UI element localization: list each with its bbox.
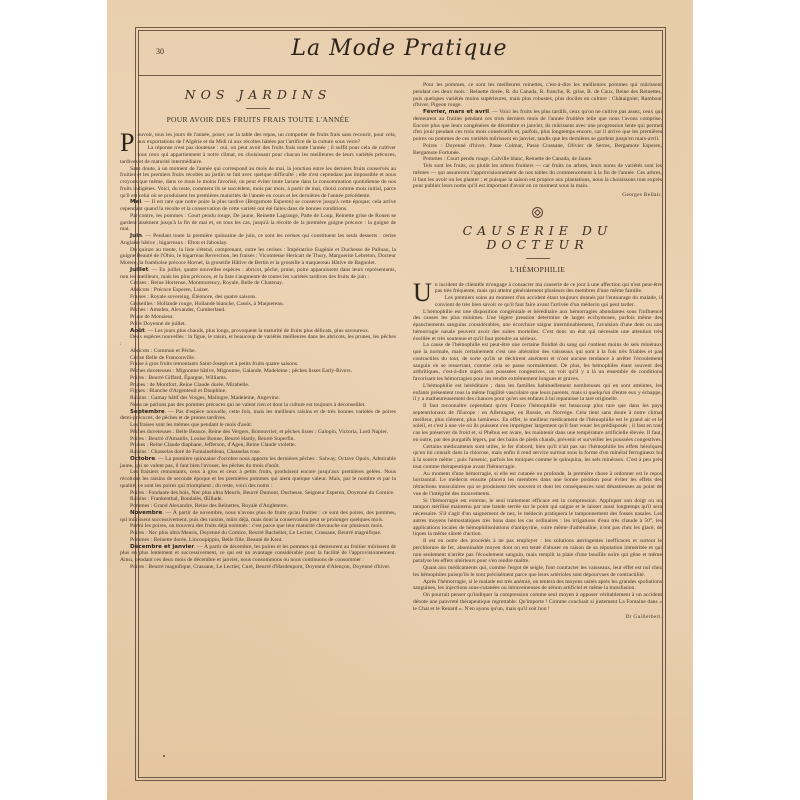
list-item: Poires : Nec plus ultra Meuris, Doyenné … bbox=[120, 530, 396, 537]
intro-paragraph: Pouvoir, tous les jours de l'année, pose… bbox=[120, 132, 396, 146]
list-item: Prunes : Reine Claude diaphane, Jefferso… bbox=[120, 442, 396, 449]
article-subtitle: L'HÉMOPHILIE bbox=[413, 267, 662, 274]
list-item: Cerises : Reine Hortense, Montmorency, R… bbox=[120, 280, 396, 287]
list-item: Pommes : Court pendu rouge, Calville bla… bbox=[413, 156, 662, 163]
list-item: Fraises : Royale sovereing, Éléonore, de… bbox=[120, 294, 396, 301]
paragraph: Par contre, les pommes : Court pendu rou… bbox=[120, 213, 396, 233]
paragraph: Les fraisiers remontants, ceux à gros et… bbox=[120, 469, 396, 489]
paragraph: La réponse n'est pas douteuse : oui, on … bbox=[120, 145, 396, 165]
month-decembre: Décembre et janvier. — À partir de décem… bbox=[120, 544, 396, 564]
paragraph: Tels sont les fruits, ou plutôt les arbr… bbox=[413, 163, 662, 190]
section-title-causerie: CAUSERIE DU DOCTEUR bbox=[413, 224, 662, 252]
title-rule bbox=[246, 108, 270, 109]
list-item: Groseilles : Hollande rouge, Hollande bl… bbox=[120, 301, 396, 308]
paragraph: Il est en outre des procédés à ne pas em… bbox=[413, 538, 662, 565]
signature-guillerbert: Dr Guillerbert. bbox=[413, 614, 662, 621]
section-title-nos-jardins: NOS JARDINS bbox=[120, 88, 396, 102]
month-juin: Juin. — Pendant toute la première quinza… bbox=[120, 233, 396, 247]
signature-bellair: Georges Bellair. bbox=[413, 192, 662, 199]
paragraph: Sans doute, à un moment de l'année qui c… bbox=[120, 166, 396, 200]
paragraph: L'hémophilie est héréditaire ; dans les … bbox=[413, 383, 662, 403]
paragraph: Pour les pommes, ce sont les meilleures … bbox=[413, 82, 662, 109]
list-item: Prunes : de Montfort, Reine Claude dorée… bbox=[120, 382, 396, 389]
list-item: Fraise à gros fruits remontants Saint-Jo… bbox=[120, 361, 396, 368]
article-subtitle: POUR AVOIR DES FRUITS FRAIS TOUTE L'ANNÉ… bbox=[120, 117, 396, 124]
ornament-icon bbox=[532, 207, 543, 218]
list-item: Abricots : Commun et Pêche. bbox=[120, 348, 396, 355]
list-item: Pêches duveteuses : Belle Beauce, Reine … bbox=[120, 429, 396, 436]
paragraph: Au moment d'une hémorragie, si elle est … bbox=[413, 471, 662, 498]
paragraph: Parmi les poires, on trouvera des fruits… bbox=[120, 523, 396, 530]
paragraph: Du quinze au trente, la liste s'étend, c… bbox=[120, 247, 396, 267]
paragraph: Les premiers soins au moment d'un accide… bbox=[413, 295, 662, 309]
title-rule bbox=[526, 258, 550, 259]
paragraph: Si l'hémorragie est externe, le seul tra… bbox=[413, 498, 662, 539]
intro-paragraph: Un incident de clientèle m'engage à cons… bbox=[413, 282, 662, 296]
list-item: Poires : Doyenné d'hiver, Passe Colmar, … bbox=[413, 143, 662, 157]
list-item: Pêches : Amsden, Alexander, Cumberland. bbox=[120, 307, 396, 314]
paragraph: Nous ne parlons pas des pommes précoces … bbox=[120, 402, 396, 409]
month-novembre: Novembre. — À partir de novembre, nous n… bbox=[120, 510, 396, 524]
paragraph: On pourrait penser qu'indiquer la compre… bbox=[413, 592, 662, 612]
left-column: NOS JARDINS POUR AVOIR DES FRUITS FRAIS … bbox=[120, 88, 396, 571]
month-juillet: Juillet. — En juillet, quatre nouvelles … bbox=[120, 267, 396, 281]
paragraph: La cause de l'hémophilie est peut-être u… bbox=[413, 342, 662, 383]
paper-speck bbox=[163, 755, 165, 757]
month-fevrier: Février, mars et avril. — Voici les frui… bbox=[413, 109, 662, 143]
paragraph: Deux espèces nouvelles : la figue, le ra… bbox=[120, 334, 396, 348]
list-item: Pommes : Grand Alexandre, Reine des Rein… bbox=[120, 503, 396, 510]
list-item: Poire Doyenné de juillet. bbox=[120, 321, 396, 328]
paragraph: Quant aux médicaments qui, comme l'ergot… bbox=[413, 565, 662, 579]
list-item: Prune de Monsieur. bbox=[120, 314, 396, 321]
list-item: Poires : Fondante des bois, Nec plus ult… bbox=[120, 490, 396, 497]
paragraph: Certains médicaments sont utiles, le fer… bbox=[413, 444, 662, 471]
masthead-title: La Mode Pratique bbox=[138, 36, 661, 61]
month-mai: Mai. — Il est rare que notre poire la pl… bbox=[120, 199, 396, 213]
list-item: Pêches duveteuses : Mignonne hâtive, Mig… bbox=[120, 368, 396, 375]
month-septembre: Septembre. — Pas d'espèce nouvelle, cett… bbox=[120, 409, 396, 423]
right-column: Pour les pommes, ce sont les meilleures … bbox=[413, 82, 662, 621]
paragraph: Il faut reconnaître cependant qu'en Fran… bbox=[413, 403, 662, 444]
list-item: Poires : Beurré Giffard, Épargne, Willia… bbox=[120, 375, 396, 382]
month-octobre: Octobre. — La première quinzaine d'octob… bbox=[120, 456, 396, 470]
list-item: Raisins : Frankenthal, Bondalès, Œillade… bbox=[120, 496, 396, 503]
page-header: 30 La Mode Pratique bbox=[138, 30, 661, 76]
list-item: Raisins : Chasselas doré de Fontaineblea… bbox=[120, 449, 396, 456]
magazine-page: 30 La Mode Pratique NOS JARDINS POUR AVO… bbox=[107, 0, 693, 800]
list-item: Poires : Beurré magnifique, Crassane, Le… bbox=[120, 564, 396, 571]
list-item: Pommes : Reinette dorée, Lincoupippin, B… bbox=[120, 537, 396, 544]
drop-cap: P bbox=[120, 133, 134, 153]
list-item: Raisins : Gamay hâtif des Vosges, Maling… bbox=[120, 395, 396, 402]
paragraph: L'hémophilie est une disposition congéni… bbox=[413, 309, 662, 343]
paragraph: Les fraises sont les mêmes que pendant l… bbox=[120, 422, 396, 429]
list-item: Abricots : Précoce Esperen, Luizet. bbox=[120, 287, 396, 294]
list-item: Figues : Blanche d'Argenteuil et Dauphin… bbox=[120, 388, 396, 395]
drop-cap: U bbox=[413, 283, 432, 303]
paragraph: Après l'hémorragie, si le malade est trè… bbox=[413, 579, 662, 593]
